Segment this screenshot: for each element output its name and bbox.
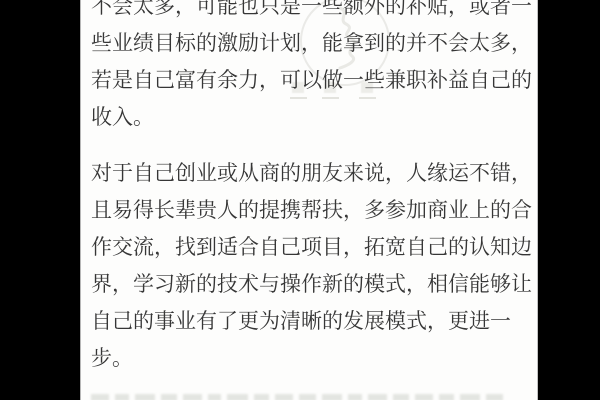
screenshot-stage: 不会太多，可能也只是一些额外的补贴，或者一 些业绩目标的激励计划，能拿到的并不会… xyxy=(0,0,600,400)
paragraph-1: 不会太多，可能也只是一些额外的补贴，或者一 些业绩目标的激励计划，能拿到的并不会… xyxy=(91,0,533,136)
text-line: 若是自己富有余力，可以做一些兼职补益自己的 xyxy=(91,62,533,99)
text-line: 步。 xyxy=(91,340,533,377)
text-line: 对于自己创业或从商的朋友来说，人缘运不错， xyxy=(91,155,533,192)
letterbox-left xyxy=(0,0,80,400)
text-line: 不会太多，可能也只是一些额外的补贴，或者一 xyxy=(91,0,533,25)
text-line: 自己的事业有了更为清晰的发展模式，更进一 xyxy=(91,303,533,340)
text-line: 作交流，找到适合自己项目，拓宽自己的认知边 xyxy=(91,229,533,266)
partial-text-row xyxy=(91,394,529,400)
letterbox-right xyxy=(538,0,600,400)
paragraph-2: 对于自己创业或从商的朋友来说，人缘运不错， 且易得长辈贵人的提携帮扶，多参加商业… xyxy=(91,155,533,377)
text-line: 些业绩目标的激励计划，能拿到的并不会太多， xyxy=(91,25,533,62)
text-line: 且易得长辈贵人的提携帮扶，多参加商业上的合 xyxy=(91,192,533,229)
text-line: 收入。 xyxy=(91,99,533,136)
article-panel[interactable]: 不会太多，可能也只是一些额外的补贴，或者一 些业绩目标的激励计划，能拿到的并不会… xyxy=(80,0,538,400)
text-line: 界，学习新的技术与操作新的模式，相信能够让 xyxy=(91,266,533,303)
